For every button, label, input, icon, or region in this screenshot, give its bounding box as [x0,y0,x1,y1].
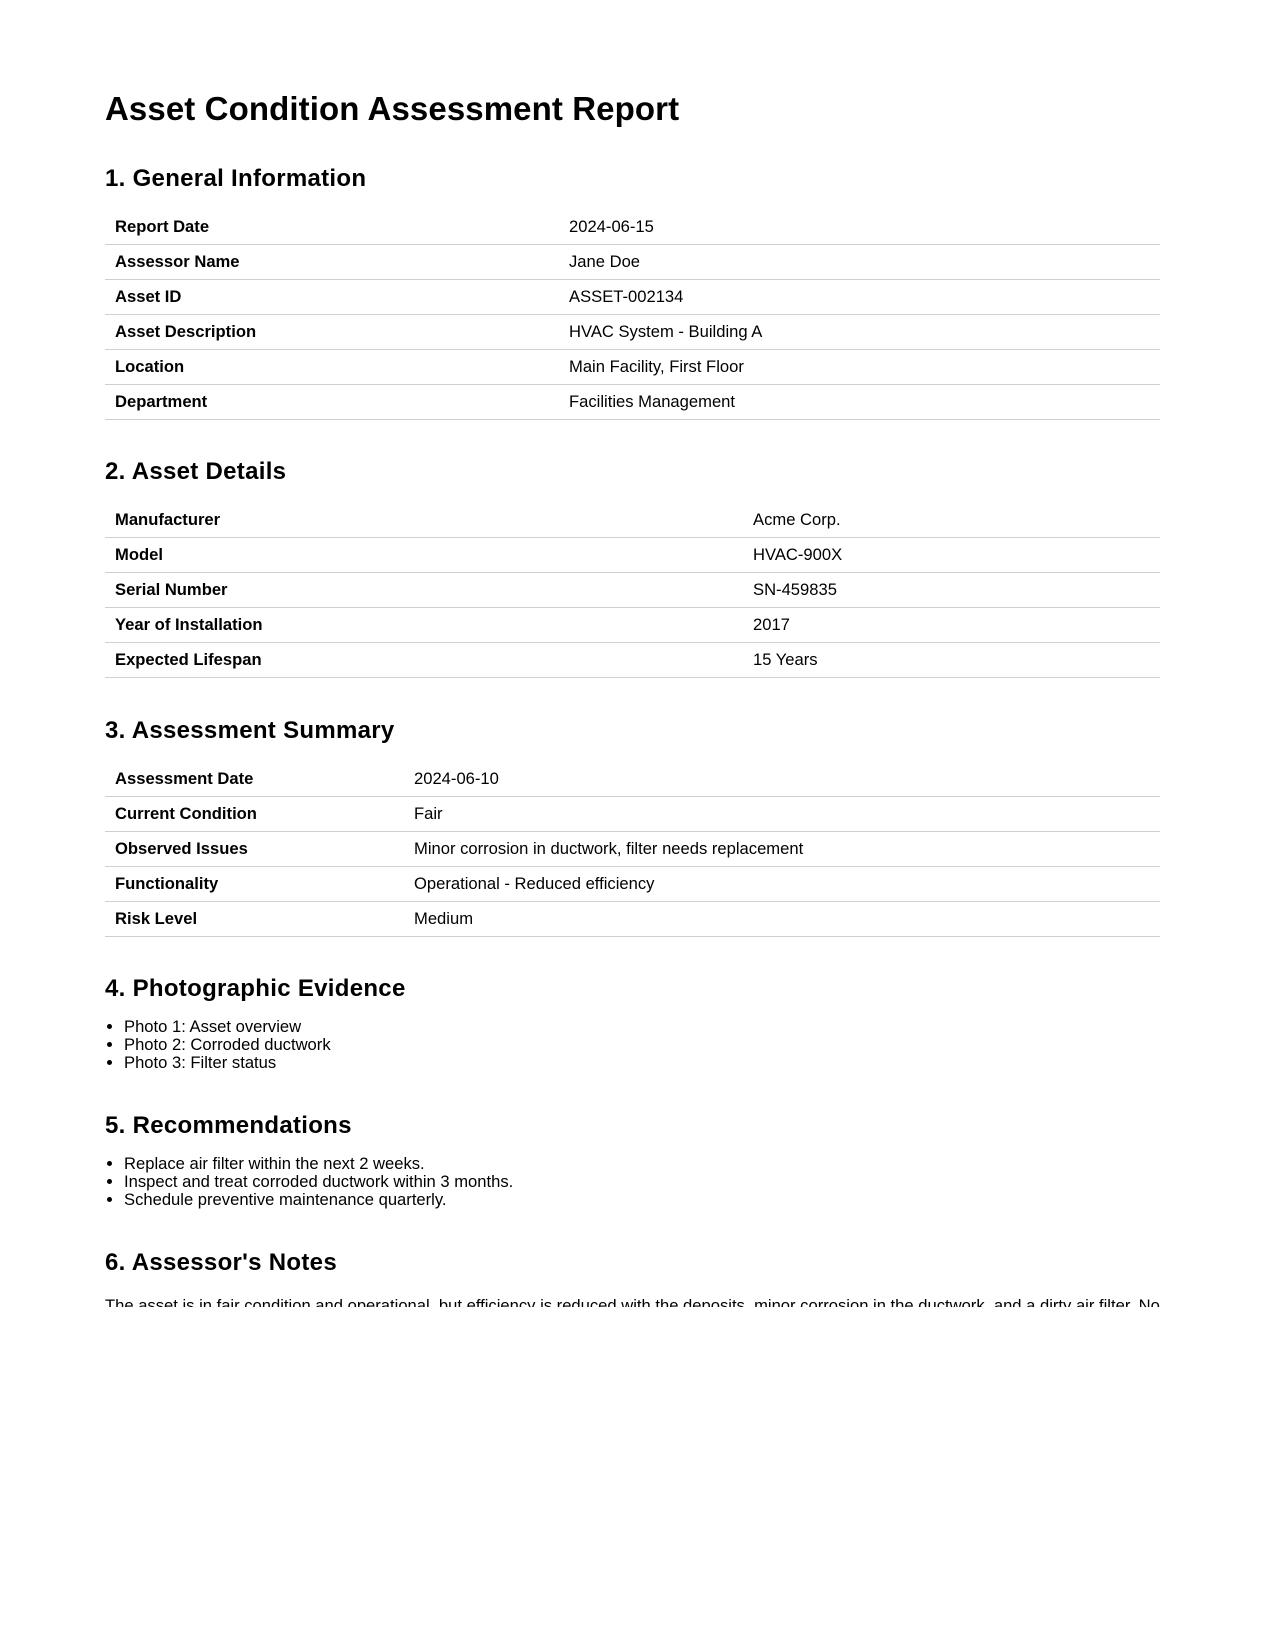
row-value: 2017 [743,608,1160,643]
section-general-information: 1. General Information Report Date2024-0… [105,164,1160,420]
table-row: FunctionalityOperational - Reduced effic… [105,867,1160,902]
table-row: Serial NumberSN-459835 [105,573,1160,608]
photo-list: Photo 1: Asset overviewPhoto 2: Corroded… [105,1018,1160,1072]
row-value: 2024-06-15 [559,210,1160,245]
row-label: Assessment Date [105,762,404,797]
list-item: Photo 3: Filter status [124,1054,1160,1072]
list-item: Photo 2: Corroded ductwork [124,1036,1160,1054]
section-heading: 3. Assessment Summary [105,716,1160,746]
list-item: Inspect and treat corroded ductwork with… [124,1173,1160,1191]
table-row: DepartmentFacilities Management [105,385,1160,420]
row-value: Minor corrosion in ductwork, filter need… [404,832,1160,867]
row-label: Asset ID [105,280,559,315]
list-item: Schedule preventive maintenance quarterl… [124,1191,1160,1209]
row-label: Manufacturer [105,503,743,538]
table-row: Asset DescriptionHVAC System - Building … [105,315,1160,350]
list-item: Photo 1: Asset overview [124,1018,1160,1036]
table-row: Current ConditionFair [105,797,1160,832]
row-value: SN-459835 [743,573,1160,608]
row-label: Asset Description [105,315,559,350]
row-label: Location [105,350,559,385]
row-label: Current Condition [105,797,404,832]
section-heading: 5. Recommendations [105,1111,1160,1141]
table-row: Risk LevelMedium [105,902,1160,937]
row-value: 15 Years [743,643,1160,678]
table-row: ManufacturerAcme Corp. [105,503,1160,538]
row-value: Facilities Management [559,385,1160,420]
table-row: Observed IssuesMinor corrosion in ductwo… [105,832,1160,867]
table-row: Year of Installation2017 [105,608,1160,643]
section-assessment-summary: 3. Assessment Summary Assessment Date202… [105,716,1160,937]
row-label: Expected Lifespan [105,643,743,678]
list-item: Replace air filter within the next 2 wee… [124,1155,1160,1173]
section-photographic-evidence: 4. Photographic Evidence Photo 1: Asset … [105,974,1160,1072]
row-label: Year of Installation [105,608,743,643]
row-label: Model [105,538,743,573]
general-information-table: Report Date2024-06-15Assessor NameJane D… [105,210,1160,420]
asset-details-table: ManufacturerAcme Corp.ModelHVAC-900XSeri… [105,503,1160,678]
table-row: Asset IDASSET-002134 [105,280,1160,315]
report-page: Asset Condition Assessment Report 1. Gen… [105,0,1160,1307]
row-label: Observed Issues [105,832,404,867]
row-value: Main Facility, First Floor [559,350,1160,385]
assessment-summary-table: Assessment Date2024-06-10Current Conditi… [105,762,1160,937]
row-label: Functionality [105,867,404,902]
row-value: 2024-06-10 [404,762,1160,797]
table-row: LocationMain Facility, First Floor [105,350,1160,385]
section-heading: 6. Assessor's Notes [105,1248,1160,1278]
row-value: Fair [404,797,1160,832]
row-value: HVAC-900X [743,538,1160,573]
section-heading: 1. General Information [105,164,1160,194]
table-row: Expected Lifespan15 Years [105,643,1160,678]
row-label: Risk Level [105,902,404,937]
row-label: Serial Number [105,573,743,608]
row-value: Acme Corp. [743,503,1160,538]
section-asset-details: 2. Asset Details ManufacturerAcme Corp.M… [105,457,1160,678]
section-heading: 2. Asset Details [105,457,1160,487]
row-label: Department [105,385,559,420]
recommendations-list: Replace air filter within the next 2 wee… [105,1155,1160,1209]
row-value: ASSET-002134 [559,280,1160,315]
row-value: Jane Doe [559,245,1160,280]
table-row: Report Date2024-06-15 [105,210,1160,245]
section-heading: 4. Photographic Evidence [105,974,1160,1004]
row-value: Operational - Reduced efficiency [404,867,1160,902]
assessor-notes-text: The asset is in fair condition and opera… [105,1296,1160,1307]
table-row: ModelHVAC-900X [105,538,1160,573]
row-label: Report Date [105,210,559,245]
table-row: Assessment Date2024-06-10 [105,762,1160,797]
table-row: Assessor NameJane Doe [105,245,1160,280]
row-label: Assessor Name [105,245,559,280]
page-title: Asset Condition Assessment Report [105,89,679,129]
row-value: Medium [404,902,1160,937]
section-recommendations: 5. Recommendations Replace air filter wi… [105,1111,1160,1209]
section-assessors-notes: 6. Assessor's Notes The asset is in fair… [105,1248,1160,1307]
row-value: HVAC System - Building A [559,315,1160,350]
